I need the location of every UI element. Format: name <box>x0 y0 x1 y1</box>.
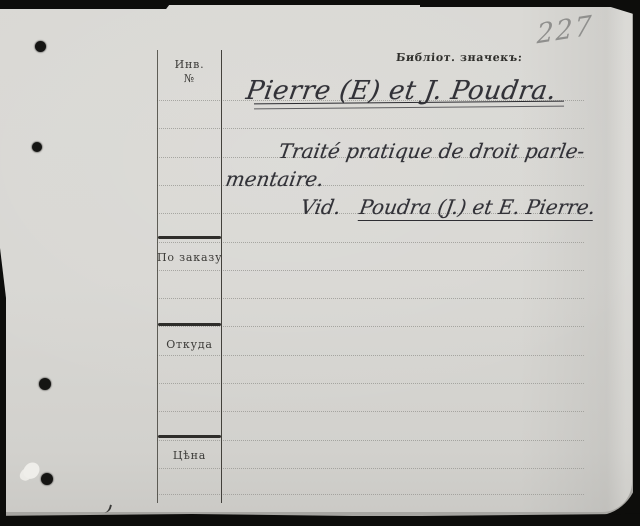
paper-tear-blemish <box>21 459 42 481</box>
stray-ink-mark <box>103 503 112 513</box>
inventory-label-line1: Инв. <box>157 58 222 72</box>
column-border-right <box>221 50 222 503</box>
scan-edge-top-left <box>0 0 173 9</box>
cross-reference-target: Poudra (J.) et E. Pierre. <box>357 195 597 221</box>
hole-punch <box>39 378 51 390</box>
column-divider <box>158 323 221 326</box>
handwritten-title-line2: mentaire. <box>224 167 326 191</box>
column-label-price: Цѣна <box>157 449 222 463</box>
cross-reference-prefix: Vid. <box>299 195 342 219</box>
inventory-label-line2: № <box>157 72 222 86</box>
pencil-accession-number: 227 <box>536 10 593 50</box>
scan-edge-right <box>633 0 640 526</box>
library-mark-caption: Библіот. значекъ: <box>396 51 523 64</box>
column-label-origin: Откуда <box>157 338 222 352</box>
hole-punch <box>41 473 53 485</box>
handwritten-title-line1: Traité pratique de droit parle- <box>277 139 586 163</box>
handwritten-cross-reference: Vid. Poudra (J.) et E. Pierre. <box>299 195 597 219</box>
column-label-inventory: Инв. № <box>157 58 222 86</box>
column-divider <box>158 236 221 239</box>
card-content: Инв. № По заказу Откуда Цѣна Библіот. зн… <box>0 0 640 526</box>
hole-punch <box>32 142 42 152</box>
hole-punch <box>35 41 46 52</box>
document-scan: Инв. № По заказу Откуда Цѣна Библіот. зн… <box>0 0 640 526</box>
column-divider <box>158 435 221 438</box>
column-label-order: По заказу <box>157 251 222 265</box>
